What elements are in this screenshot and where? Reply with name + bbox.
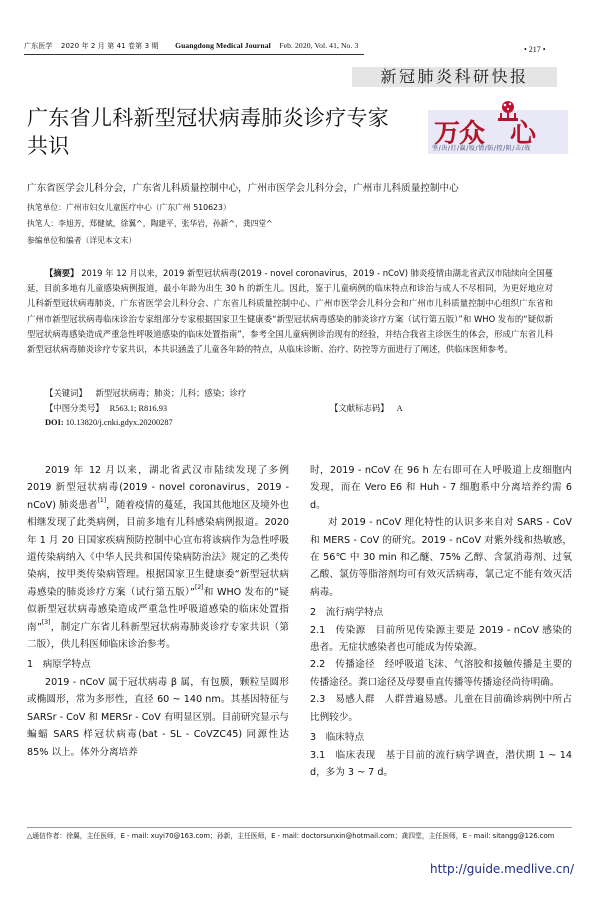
citation-1[interactable]: [1] (98, 497, 107, 504)
participants: 参编单位和编者（详见本文末） (27, 235, 136, 246)
campaign-logo: 万众心 坚/决/打/赢/疫/情/防/控/阻/击/战 (428, 110, 568, 154)
intro-text-2: ，随着疫情的蔓延，我国其他地区及境外也相继发现了此类病例，目前多地有儿科感染病例… (27, 500, 289, 598)
author-organizations: 广东省医学会儿科分会，广东省儿科质量控制中心，广州市医学会儿科分会，广州市儿科质… (27, 180, 459, 194)
subsection-2-3: 2.3 易感人群 人群普遍易感。儿童在目前确诊病例中所占比例较少。 (310, 691, 572, 726)
doc-code-label: 【文献标志码】 (330, 403, 389, 413)
doi-value: 10.13820/j.cnki.gdyx.20200287 (66, 418, 173, 427)
writing-unit: 执笔单位：广州市妇女儿童医疗中心（广东广州 510623） (27, 202, 231, 213)
physicochemical-paragraph: 对 2019 - nCoV 理化特性的认识多来自对 SARS - CoV 和 M… (310, 514, 572, 601)
source-url-watermark[interactable]: http://guide.medlive.cn/ (430, 862, 574, 876)
intro-text-4: ，制定广东省儿科新型冠状病毒肺炎诊疗专家共识（第二版），供儿科医师临床诊治参考。 (27, 622, 289, 650)
corresponding-authors-footnote: △通信作者：徐翼，主任医师，E - mail: xuyi70@163.com；孙… (27, 827, 572, 842)
journal-name-cn: 广东医学 (24, 42, 52, 50)
body-column-left: 2019 年 12 月以来，湖北省武汉市陆续发现了多例 2019 新型冠状病毒(… (27, 462, 289, 761)
section-heading-2: 2 流行病学特点 (310, 604, 572, 621)
abstract-label: 【摘要】 (45, 268, 79, 278)
keywords-text: 新型冠状病毒；肺炎；儿科；感染；诊疗 (96, 388, 247, 398)
running-head: 广东医学 2020 年 2 月 第 41 卷第 3 期 Guangdong Me… (24, 41, 364, 55)
abstract: 【摘要】 2019 年 12 月以来，2019 新型冠状病毒(2019 - no… (27, 266, 553, 357)
etiology-paragraph: 2019 - nCoV 属于冠状病毒 β 属，有包膜，颗粒呈圆形或椭圆形，常为多… (27, 674, 289, 761)
journal-name-en: Guangdong Medical Journal (175, 41, 271, 50)
etiology-paragraph-cont: 时，2019 - nCoV 在 96 h 左右即可在人呼吸道上皮细胞内发现，而在… (310, 462, 572, 514)
keywords: 【关键词】 新型冠状病毒；肺炎；儿科；感染；诊疗 (45, 387, 246, 399)
issue-cn: 2020 年 2 月 第 41 卷第 3 期 (61, 42, 159, 50)
writers: 执笔人：李旭芳，郑健斌，徐翼^，陶建平，张华岩，孙新^，龚四堂^ (27, 218, 273, 229)
clc-value: R563.1; R816.93 (110, 404, 167, 413)
document-code: 【文献标志码】A (330, 402, 403, 414)
body-column-right: 时，2019 - nCoV 在 96 h 左右即可在人呼吸道上皮细胞内发现，而在… (310, 462, 572, 781)
subsection-3-1: 3.1 临床表现 基于目前的流行病学调查，潜伏期 1 ~ 14 d，多为 3 ~… (310, 747, 572, 782)
abstract-text: 2019 年 12 月以来，2019 新型冠状病毒(2019 - novel c… (27, 268, 553, 354)
doi: DOI: 10.13820/j.cnki.gdyx.20200287 (45, 418, 173, 427)
section-heading-3: 3 临床特点 (310, 729, 572, 746)
intro-paragraph: 2019 年 12 月以来，湖北省武汉市陆续发现了多例 2019 新型冠状病毒(… (27, 462, 289, 653)
issue-en: Feb. 2020, Vol. 41, No. 3 (279, 41, 358, 50)
section-banner: 新冠肺炎科研快报 (352, 67, 557, 87)
doc-code-value: A (397, 404, 403, 413)
page-number: • 217 • (524, 45, 546, 54)
keywords-label: 【关键词】 (45, 388, 87, 398)
logo-slogan: 坚/决/打/赢/疫/情/防/控/阻/击/战 (432, 143, 531, 152)
section-heading-1: 1 病原学特点 (27, 656, 289, 673)
doi-label: DOI: (45, 418, 64, 427)
clc-label: 【中图分类号】 (45, 403, 104, 413)
subsection-2-1: 2.1 传染源 目前所见传染源主要是 2019 - nCoV 感染的患者。无症状… (310, 622, 572, 657)
article-title: 广东省儿科新型冠状病毒肺炎诊疗专家共识 (27, 104, 407, 160)
subsection-2-2: 2.2 传播途径 经呼吸道飞沫、气溶胶和接触传播是主要的传播途径。粪口途径及母婴… (310, 656, 572, 691)
clc-number: 【中图分类号】R563.1; R816.93 (45, 402, 167, 414)
